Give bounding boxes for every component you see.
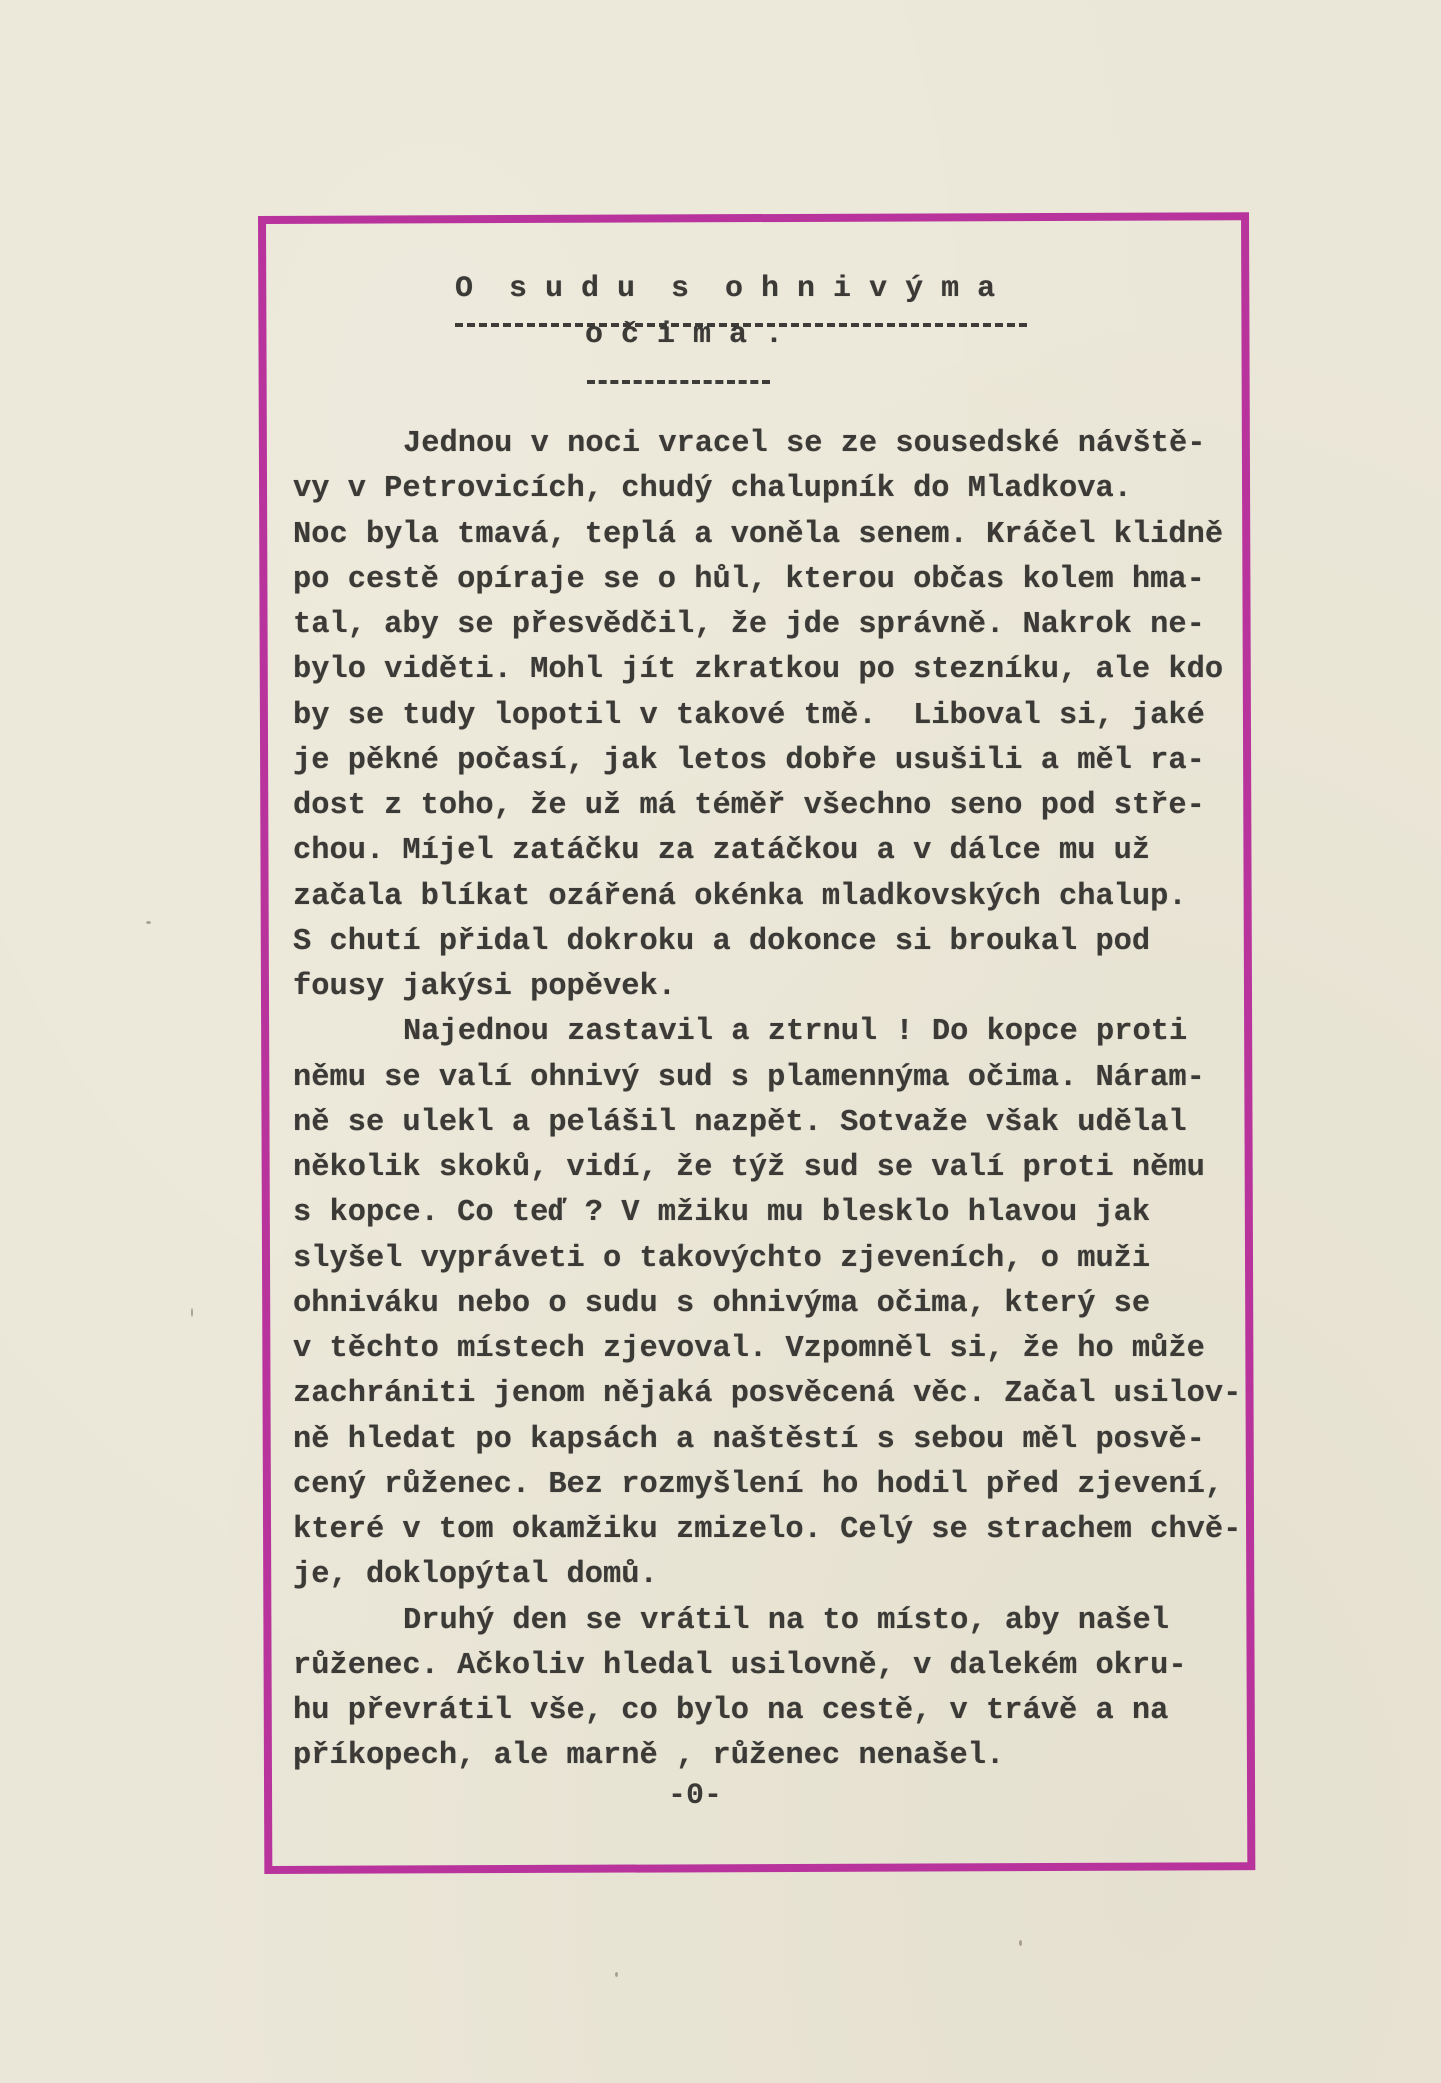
text-line: Najednou zastavil a ztrnul ! Do kopce pr… [293, 1010, 1241, 1055]
end-mark: -0- [668, 1779, 722, 1813]
text-line: hu převrátil vše, co bylo na cestě, v tr… [293, 1689, 1241, 1734]
text-line: s kopce. Co teď ? V mžiku mu blesklo hla… [293, 1191, 1241, 1236]
text-line: Druhý den se vrátil na to místo, aby naš… [293, 1599, 1241, 1644]
paper-speck [1019, 1940, 1022, 1946]
text-line: bylo viděti. Mohl jít zkratkou po stezní… [293, 648, 1241, 693]
text-line: v těchto místech zjevoval. Vzpomněl si, … [293, 1327, 1241, 1372]
paper-page: O s u d u s o h n i v ý m a o č i m a . … [0, 0, 1441, 2083]
text-line: ohniváku nebo o sudu s ohnivýma očima, k… [293, 1282, 1241, 1327]
text-line: fousy jakýsi popěvek. [293, 965, 1241, 1010]
paper-speck [191, 1308, 193, 1317]
paper-speck [615, 1972, 618, 1977]
story-body: Jednou v noci vracel se ze sousedské náv… [293, 422, 1241, 1780]
text-line: po cestě opíraje se o hůl, kterou občas … [293, 558, 1241, 603]
title-underline-2 [587, 380, 770, 384]
text-line: dost z toho, že už má téměř všechno seno… [293, 784, 1241, 829]
text-line: které v tom okamžiku zmizelo. Celý se st… [293, 1508, 1241, 1553]
text-line: ně se ulekl a pelášil nazpět. Sotvaže vš… [293, 1101, 1241, 1146]
text-line: vy v Petrovicích, chudý chalupník do Mla… [293, 467, 1241, 512]
text-line: by se tudy lopotil v takové tmě. Liboval… [293, 694, 1241, 739]
text-line: chou. Míjel zatáčku za zatáčkou a v dálc… [293, 829, 1241, 874]
text-line: je, doklopýtal domů. [293, 1553, 1241, 1598]
text-line: několik skoků, vidí, že týž sud se valí … [293, 1146, 1241, 1191]
title-line-1: O s u d u s o h n i v ý m a [455, 272, 995, 306]
paper-speck [146, 921, 151, 924]
text-line: zachrániti jenom nějaká posvěcená věc. Z… [293, 1372, 1241, 1417]
text-line: němu se valí ohnivý sud s plamennýma oči… [293, 1056, 1241, 1101]
text-line: tal, aby se přesvědčil, že jde správně. … [293, 603, 1241, 648]
text-line: Noc byla tmavá, teplá a voněla senem. Kr… [293, 513, 1241, 558]
text-line: slyšel vypráveti o takovýchto zjeveních,… [293, 1237, 1241, 1282]
text-line: Jednou v noci vracel se ze sousedské náv… [293, 422, 1241, 467]
title-line-2: o č i m a . [585, 318, 783, 352]
text-line: příkopech, ale marně , růženec nenašel. [293, 1734, 1241, 1779]
text-line: začala blíkat ozářená okénka mladkovskýc… [293, 875, 1241, 920]
text-line: je pěkné počasí, jak letos dobře usušili… [293, 739, 1241, 784]
text-line: růženec. Ačkoliv hledal usilovně, v dale… [293, 1644, 1241, 1689]
text-line: cený růženec. Bez rozmyšlení ho hodil př… [293, 1463, 1241, 1508]
text-line: ně hledat po kapsách a naštěstí s sebou … [293, 1418, 1241, 1463]
text-line: S chutí přidal dokroku a dokonce si brou… [293, 920, 1241, 965]
